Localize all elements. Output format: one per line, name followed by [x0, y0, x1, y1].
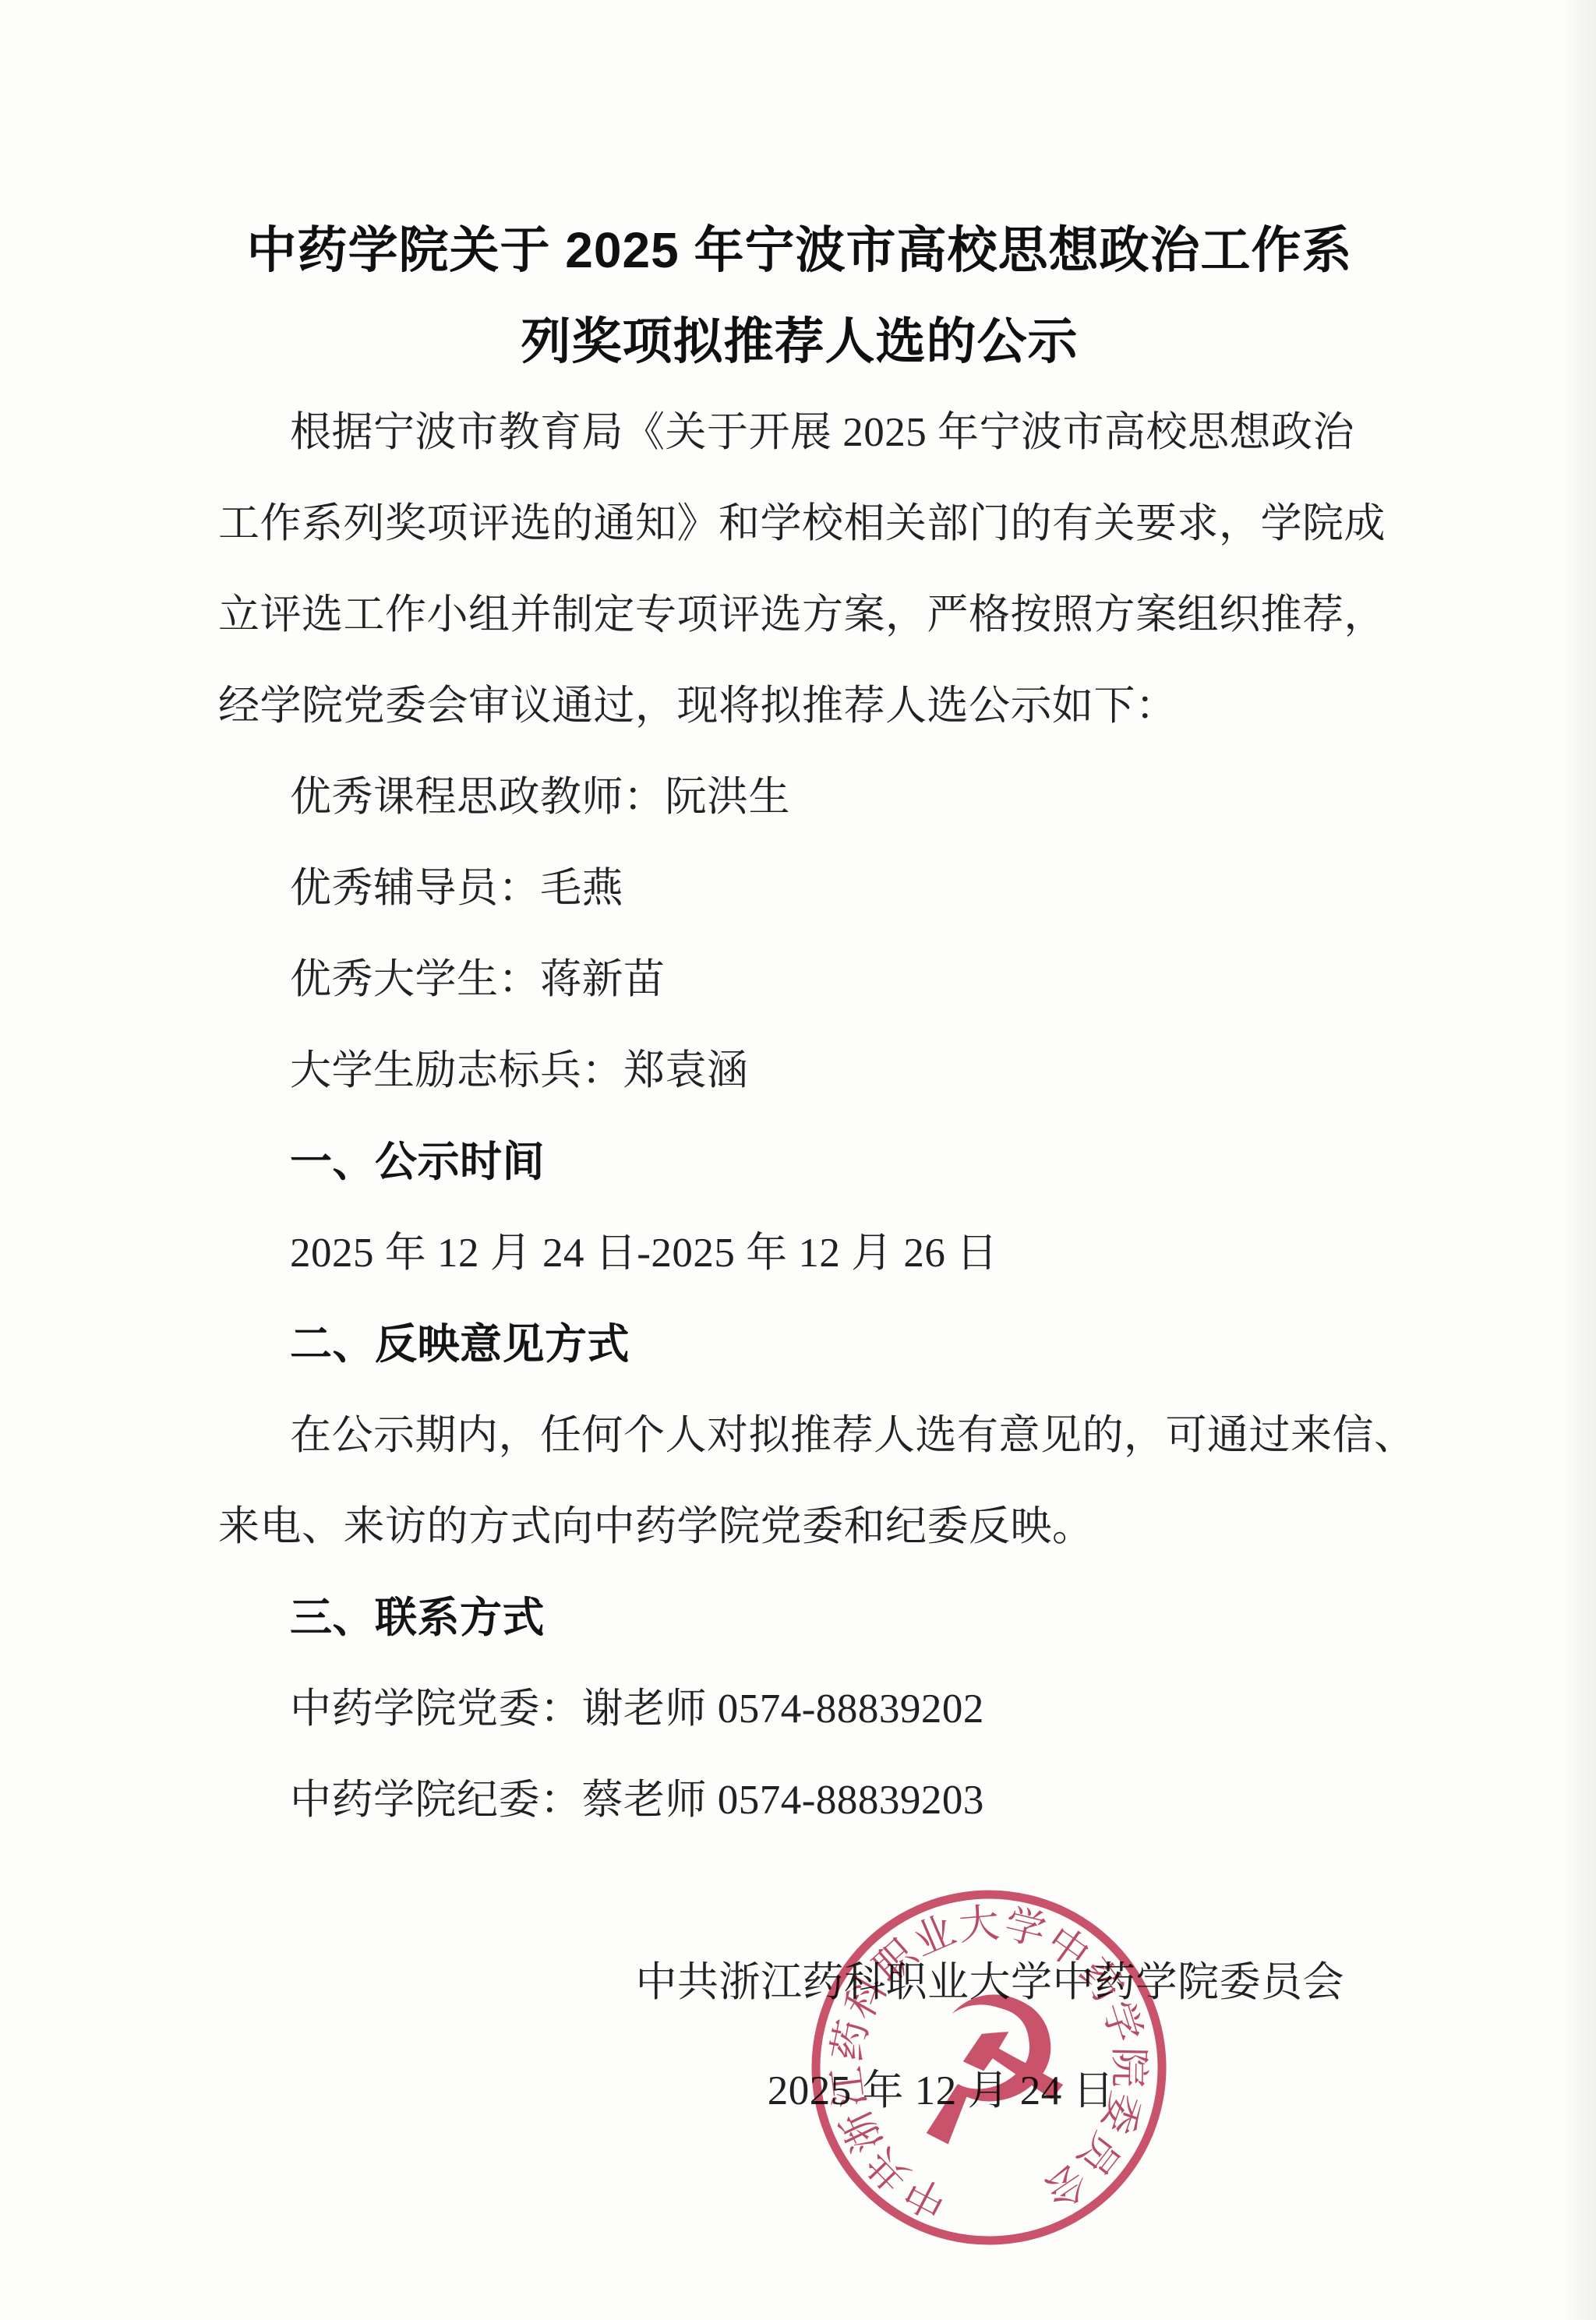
paragraph-line: 经学院党委会审议通过，现将拟推荐人选公示如下：	[218, 661, 1381, 752]
publicity-period-line: 2025 年 12 月 24 日-2025 年 12 月 26 日	[218, 1208, 1381, 1299]
paragraph-line: 立评选工作小组并制定专项评选方案，严格按照方案组织推荐，	[218, 570, 1381, 661]
nominee-line-student: 优秀大学生：蒋新苗	[218, 934, 1381, 1026]
nominee-line-model-student: 大学生励志标兵：郑袁涵	[218, 1026, 1381, 1117]
nominee-line-counselor: 优秀辅导员：毛燕	[218, 843, 1381, 934]
section-1-heading: 一、公示时间	[218, 1117, 1381, 1208]
hammer-sickle-icon: ☭	[887, 1946, 1091, 2195]
stamp-group: 中共浙江药科职业大学中药学院委员会 ☭	[802, 1880, 1176, 2255]
contact-line-party-committee: 中药学院党委：谢老师 0574-88839202	[218, 1664, 1381, 1755]
scan-edge-shadow	[1560, 0, 1596, 2320]
section-3-heading: 三、联系方式	[218, 1573, 1381, 1664]
signature-date: 2025 年 12 月 24 日	[218, 2046, 1381, 2137]
contact-line-discipline-committee: 中药学院纪委：蔡老师 0574-88839203	[218, 1755, 1381, 1846]
document-body: 中药学院关于 2025 年宁波市高校思想政治工作系 列奖项拟推荐人选的公示 根据…	[218, 205, 1381, 2137]
document-title-line-1: 中药学院关于 2025 年宁波市高校思想政治工作系	[218, 205, 1381, 296]
section-2-heading: 二、反映意见方式	[218, 1299, 1381, 1390]
document-title-line-2: 列奖项拟推荐人选的公示	[218, 296, 1381, 387]
paragraph-line: 来电、来访的方式向中药学院党委和纪委反映。	[218, 1481, 1381, 1573]
paragraph-line: 工作系列奖项评选的通知》和学校相关部门的有关要求，学院成	[218, 478, 1381, 570]
official-stamp: 中共浙江药科职业大学中药学院委员会 ☭	[802, 1880, 1176, 2255]
paragraph-line: 根据宁波市教育局《关于开展 2025 年宁波市高校思想政治	[218, 387, 1381, 478]
paragraph-line: 在公示期内，任何个人对拟推荐人选有意见的，可通过来信、	[218, 1390, 1381, 1481]
signature-committee-name: 中共浙江药科职业大学中药学院委员会	[218, 1937, 1381, 2029]
nominee-line-teacher: 优秀课程思政教师：阮洪生	[218, 752, 1381, 843]
scanned-document-page: 中药学院关于 2025 年宁波市高校思想政治工作系 列奖项拟推荐人选的公示 根据…	[0, 0, 1596, 2320]
